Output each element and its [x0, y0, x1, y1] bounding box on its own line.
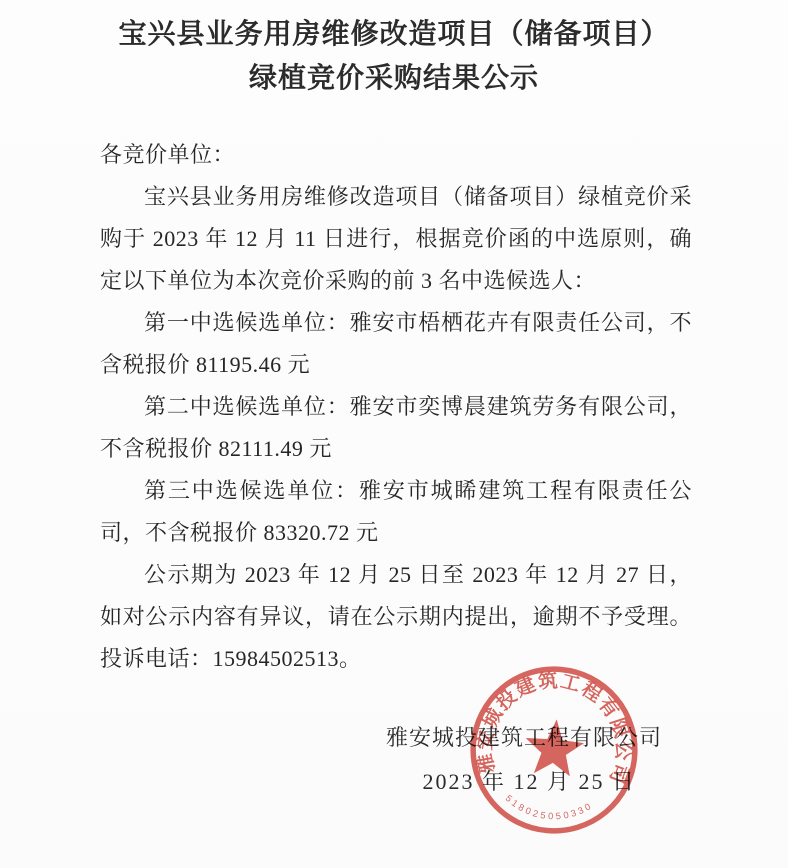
document-page: 宝兴县业务用房维修改造项目（储备项目） 绿植竞价采购结果公示 各竞价单位： 宝兴…: [0, 0, 788, 868]
signature-date: 2023 年 12 月 25 日: [0, 760, 788, 804]
signature-block: 雅安城投建筑工程有限公司 2023 年 12 月 25 日: [0, 716, 788, 804]
title-line-2: 绿植竞价采购结果公示: [0, 56, 788, 100]
page-title: 宝兴县业务用房维修改造项目（储备项目） 绿植竞价采购结果公示: [0, 12, 788, 100]
paragraph-second-candidate: 第二中选候选单位：雅安市奕博晨建筑劳务有限公司，不含税报价 82111.49 元: [100, 386, 692, 470]
signature-company: 雅安城投建筑工程有限公司: [0, 716, 788, 760]
paragraph-intro: 宝兴县业务用房维修改造项目（储备项目）绿植竞价采购于 2023 年 12 月 1…: [100, 176, 692, 302]
title-line-1: 宝兴县业务用房维修改造项目（储备项目）: [0, 12, 788, 56]
paragraph-publicity-period: 公示期为 2023 年 12 月 25 日至 2023 年 12 月 27 日，…: [100, 554, 692, 680]
salutation-line: 各竞价单位：: [100, 134, 692, 176]
paragraph-first-candidate: 第一中选候选单位：雅安市梧栖花卉有限责任公司，不含税报价 81195.46 元: [100, 302, 692, 386]
document-body: 各竞价单位： 宝兴县业务用房维修改造项目（储备项目）绿植竞价采购于 2023 年…: [100, 134, 692, 680]
paragraph-third-candidate: 第三中选候选单位：雅安市城睎建筑工程有限责任公司，不含税报价 83320.72 …: [100, 470, 692, 554]
